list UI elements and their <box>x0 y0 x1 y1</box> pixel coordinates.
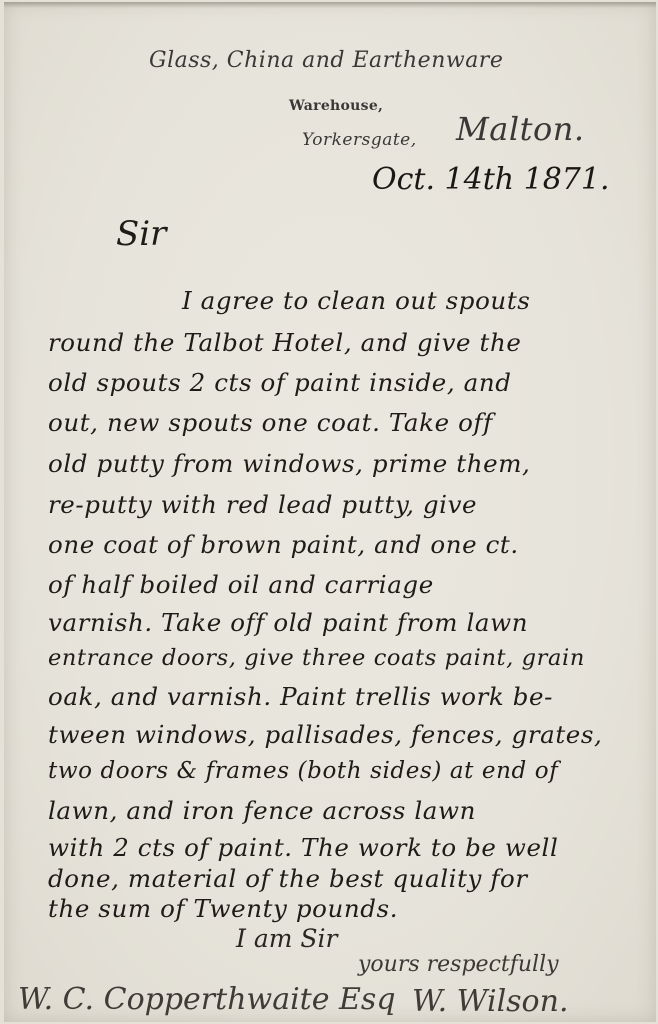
salutation: Sir <box>116 214 166 254</box>
letter-date: Oct. 14th 1871. <box>372 162 610 197</box>
body-line: two doors & frames (both sides) at end o… <box>48 758 558 784</box>
body-line: the sum of Twenty pounds. <box>48 894 398 923</box>
body-line: round the Talbot Hotel, and give the <box>48 328 521 357</box>
sign-off: yours respectfully <box>358 952 559 977</box>
body-line: done, material of the best quality for <box>48 864 528 893</box>
body-line: old spouts 2 cts of paint inside, and <box>48 368 512 397</box>
body-line: varnish. Take off old paint from lawn <box>48 608 528 637</box>
addressee: W. C. Copperthwaite Esq <box>18 982 396 1017</box>
closing: I am Sir <box>236 924 337 953</box>
body-line: of half boiled oil and carriage <box>48 570 434 599</box>
letterhead-business: Glass, China and Earthenware <box>149 48 503 73</box>
letterhead-town: Malton. <box>456 110 584 148</box>
body-line: lawn, and iron fence across lawn <box>48 796 476 825</box>
letterhead-warehouse: Warehouse, <box>289 98 383 114</box>
letterhead-street: Yorkersgate, <box>302 130 417 150</box>
letter-page: Glass, China and Earthenware Warehouse, … <box>4 2 656 1022</box>
body-line: I agree to clean out spouts <box>182 286 530 315</box>
body-line: out, new spouts one coat. Take off <box>48 408 493 437</box>
body-line: entrance doors, give three coats paint, … <box>48 645 585 671</box>
body-line: one coat of brown paint, and one ct. <box>48 530 519 559</box>
body-line: re-putty with red lead putty, give <box>48 490 477 519</box>
body-line: with 2 cts of paint. The work to be well <box>48 833 558 862</box>
body-line: oak, and varnish. Paint trellis work be- <box>48 682 553 711</box>
body-line: old putty from windows, prime them, <box>48 449 530 478</box>
signature: W. Wilson. <box>412 984 568 1019</box>
body-line: tween windows, pallisades, fences, grate… <box>48 720 602 749</box>
